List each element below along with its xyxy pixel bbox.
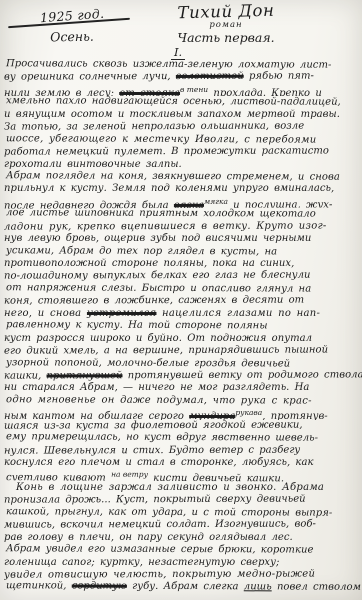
manuscript-line: голенища сапог; куртку, незастегнутую св…	[4, 557, 362, 569]
manuscript-line: него, и снова устремился нацелился глаза…	[4, 308, 362, 320]
handwritten-text: Абрам увидел его измазанные серые брюки,…	[6, 543, 313, 555]
handwritten-text: шоссе, убегающего к местечку Иволги, с п…	[6, 133, 316, 145]
manuscript-line: ным кантом на обшлаге серого мундирарука…	[4, 407, 362, 419]
manuscript-line: Абрам увидел его измазанные серые брюки,…	[4, 543, 362, 557]
manuscript-header-center: Тихий Дон роман Часть первая.	[146, 2, 306, 45]
struck-text: мундира	[189, 411, 235, 419]
handwritten-text: работал немецкий пулемет. В промежутки р…	[4, 146, 329, 158]
handwritten-text: За топью, за зеленой непролазью ольшанни…	[4, 121, 304, 133]
manuscript-line: грохотали винтовочные залпы.	[4, 159, 362, 171]
handwritten-text: коснулся его плечом и стал в сторонке, л…	[4, 457, 313, 468]
handwritten-text: от напряжения слезы. Быстро и опасливо г…	[6, 282, 311, 294]
inserted-text: на ветру	[111, 470, 148, 479]
handwritten-text: голенища сапог; куртку, незастегнутую св…	[4, 557, 279, 568]
manuscript-line: по-лошадиному выпуклых белках его глаз н…	[4, 270, 362, 284]
manuscript-line: хмельно пахло надвигающейся осенью, лист…	[4, 96, 362, 110]
manuscript-line: куст разросся широко и буйно. От подножи…	[4, 333, 362, 345]
struck-text: золотистой	[176, 71, 244, 82]
handwritten-text: нулся. Шевельнулся и стих. Будто ветер с…	[4, 444, 300, 456]
manuscript-line: мившись, вскочил немецкий солдат. Изогну…	[4, 519, 362, 533]
manuscript-line: кашки, притянувшей протянувшей ветку от …	[4, 369, 362, 383]
handwritten-text: хмельно пахло надвигающейся осенью, лист…	[6, 96, 341, 108]
handwritten-text: усиками, Абрам до тех пор глядел в кусты…	[6, 245, 277, 257]
manuscript-line: равленному к кусту. На той стороне полян…	[4, 319, 362, 333]
handwritten-text: узорной попоной, молочно-белые гроздья д…	[6, 357, 290, 369]
handwritten-text: кашки,	[4, 370, 47, 381]
handwritten-text: Просачивались сквозь изжелта-зеленую лох…	[6, 58, 331, 70]
handwritten-text: ным кантом на обшлаге серого	[4, 411, 189, 419]
manuscript-line: Абрам поглядел на коня, звякнувшего стре…	[4, 170, 362, 184]
manuscript-line: лое листье шиповника приятным холодком щ…	[4, 207, 362, 221]
handwritten-text: пронизала дрожь... Куст, покрытый сверху…	[4, 494, 306, 506]
handwritten-text: нув левую бровь, ощерив зубы под висячим…	[4, 233, 311, 244]
manuscript-line: нулся. Шевельнулся и стих. Будто ветер с…	[4, 444, 362, 458]
handwritten-text: , протянув-	[262, 411, 327, 419]
manuscript-line: прильнул к кусту. Земля под коленями упр…	[4, 183, 362, 195]
handwritten-text: ладони рук, крепко вцепившиеся в ветку. …	[4, 220, 327, 232]
manuscript-line: пронизала дрожь... Куст, покрытый сверху…	[4, 494, 362, 508]
handwritten-text: коня, стоявшего в ложбинке, саженях в де…	[4, 295, 304, 307]
handwritten-text: кашкой, прыгнул, как от удара, и с той с…	[6, 506, 332, 518]
manuscript-line: За топью, за зеленой непролазью ольшанни…	[4, 121, 362, 135]
manuscript-page: 1925 год. Осень. Тихий Дон роман Часть п…	[0, 0, 362, 600]
inserted-text: мягка	[204, 197, 228, 206]
inserted-text: в тени	[180, 85, 208, 94]
handwritten-text: равленному к кусту. На той стороне полян…	[6, 319, 268, 331]
manuscript-line: ни старался Абрам, — ничего не мог разгл…	[4, 382, 362, 394]
handwritten-text: щетинкой,	[6, 581, 72, 592]
handwritten-text: прильнул к кусту. Земля под коленями упр…	[4, 183, 334, 194]
struck-text: сердитую	[72, 581, 127, 592]
manuscript-line: Конь в лощине заржал заливисто и звонко.…	[4, 482, 362, 494]
handwritten-text: грохотали винтовочные залпы.	[4, 159, 182, 170]
handwritten-text: мившись, вскочил немецкий солдат. Изогну…	[4, 519, 316, 531]
handwritten-text: Абрам поглядел на коня, звякнувшего стре…	[6, 170, 340, 182]
handwritten-text: по-лошадиному выпуклых белках его глаз н…	[4, 270, 311, 282]
handwritten-text: протянувшей ветку от родимого ствола. Ка…	[122, 369, 362, 381]
handwritten-text: кисти девичьей кашки.	[148, 473, 284, 482]
manuscript-line: нили землю в лесу; от стоякав тени прохл…	[4, 84, 362, 96]
handwritten-text: и вянущим осотом и тоскливым запахом мер…	[4, 109, 340, 120]
handwritten-text: рав голову в плечи, он пару секунд огляд…	[4, 532, 293, 543]
handwritten-text: него, и снова	[4, 308, 87, 319]
manuscript-line: ладони рук, крепко вцепившиеся в ветку. …	[4, 220, 362, 234]
manuscript-body: Просачивались сквозь изжелта-зеленую лох…	[4, 59, 362, 594]
handwritten-text: лое листье шиповника приятным холодком щ…	[6, 207, 316, 219]
handwritten-text: повел стволом	[272, 582, 361, 593]
handwritten-text: нацелился глазами по нап-	[156, 308, 320, 319]
handwritten-text: ни старался Абрам, — ничего не мог разгл…	[4, 382, 309, 393]
manuscript-season: Осень.	[14, 28, 130, 45]
manuscript-line: и вянущим осотом и тоскливым запахом мер…	[4, 109, 362, 121]
handwritten-text: его дикий хмель, а на вершине, принаряди…	[4, 345, 328, 357]
manuscript-line: нув левую бровь, ощерив зубы под висячим…	[4, 233, 362, 245]
manuscript-line: щетинкой, сердитую губу. Абрам слегка ли…	[4, 581, 362, 595]
handwritten-text: лишь	[244, 582, 272, 593]
manuscript-part: Часть первая.	[146, 30, 306, 45]
handwritten-text: Конь в лощине заржал заливисто и звонко.…	[16, 482, 324, 493]
manuscript-line: суетливо кивают на ветру кисти девичьей …	[4, 469, 362, 483]
handwritten-text: одно мгновенье он даже подумал, что рука…	[6, 394, 312, 406]
inserted-text: рукава	[235, 408, 262, 417]
handwritten-text: противоположной стороне поляны, пока на …	[4, 258, 294, 269]
manuscript-line: его дикий хмель, а на вершине, принаряди…	[4, 344, 362, 358]
manuscript-line: ему примерещилась, но куст вдруг явствен…	[4, 431, 362, 445]
manuscript-line: усиками, Абрам до тех пор глядел в кусты…	[4, 245, 362, 259]
manuscript-line: ву орешника солнечные лучи, золотистой р…	[4, 71, 362, 85]
handwritten-text: прохлада. Крепко и	[208, 88, 322, 96]
manuscript-line: рав голову в плечи, он пару секунд огляд…	[4, 532, 362, 544]
chapter-number: I.	[171, 45, 185, 60]
manuscript-line: одно мгновенье он даже подумал, что рука…	[4, 394, 362, 408]
handwritten-text: рябью пят-	[244, 71, 314, 82]
struck-text: притянувшей	[47, 370, 123, 381]
handwritten-text: куст разросся широко и буйно. От подножи…	[4, 333, 312, 344]
handwritten-text: ему примерещилась, но куст вдруг явствен…	[6, 431, 318, 443]
handwritten-text: увидел отвисшую челюсть, покрытую медно-…	[4, 568, 315, 580]
handwritten-text: шаяся из-за куста за фиолетовой ягодкой …	[4, 419, 303, 431]
manuscript-line: коня, стоявшего в ложбинке, саженях в де…	[4, 295, 362, 309]
handwritten-text: ву орешника солнечные лучи,	[4, 71, 176, 83]
handwritten-text: губу. Абрам слегка	[127, 581, 244, 593]
manuscript-line: работал немецкий пулемет. В промежутки р…	[4, 145, 362, 159]
struck-text: устремился	[87, 308, 157, 319]
